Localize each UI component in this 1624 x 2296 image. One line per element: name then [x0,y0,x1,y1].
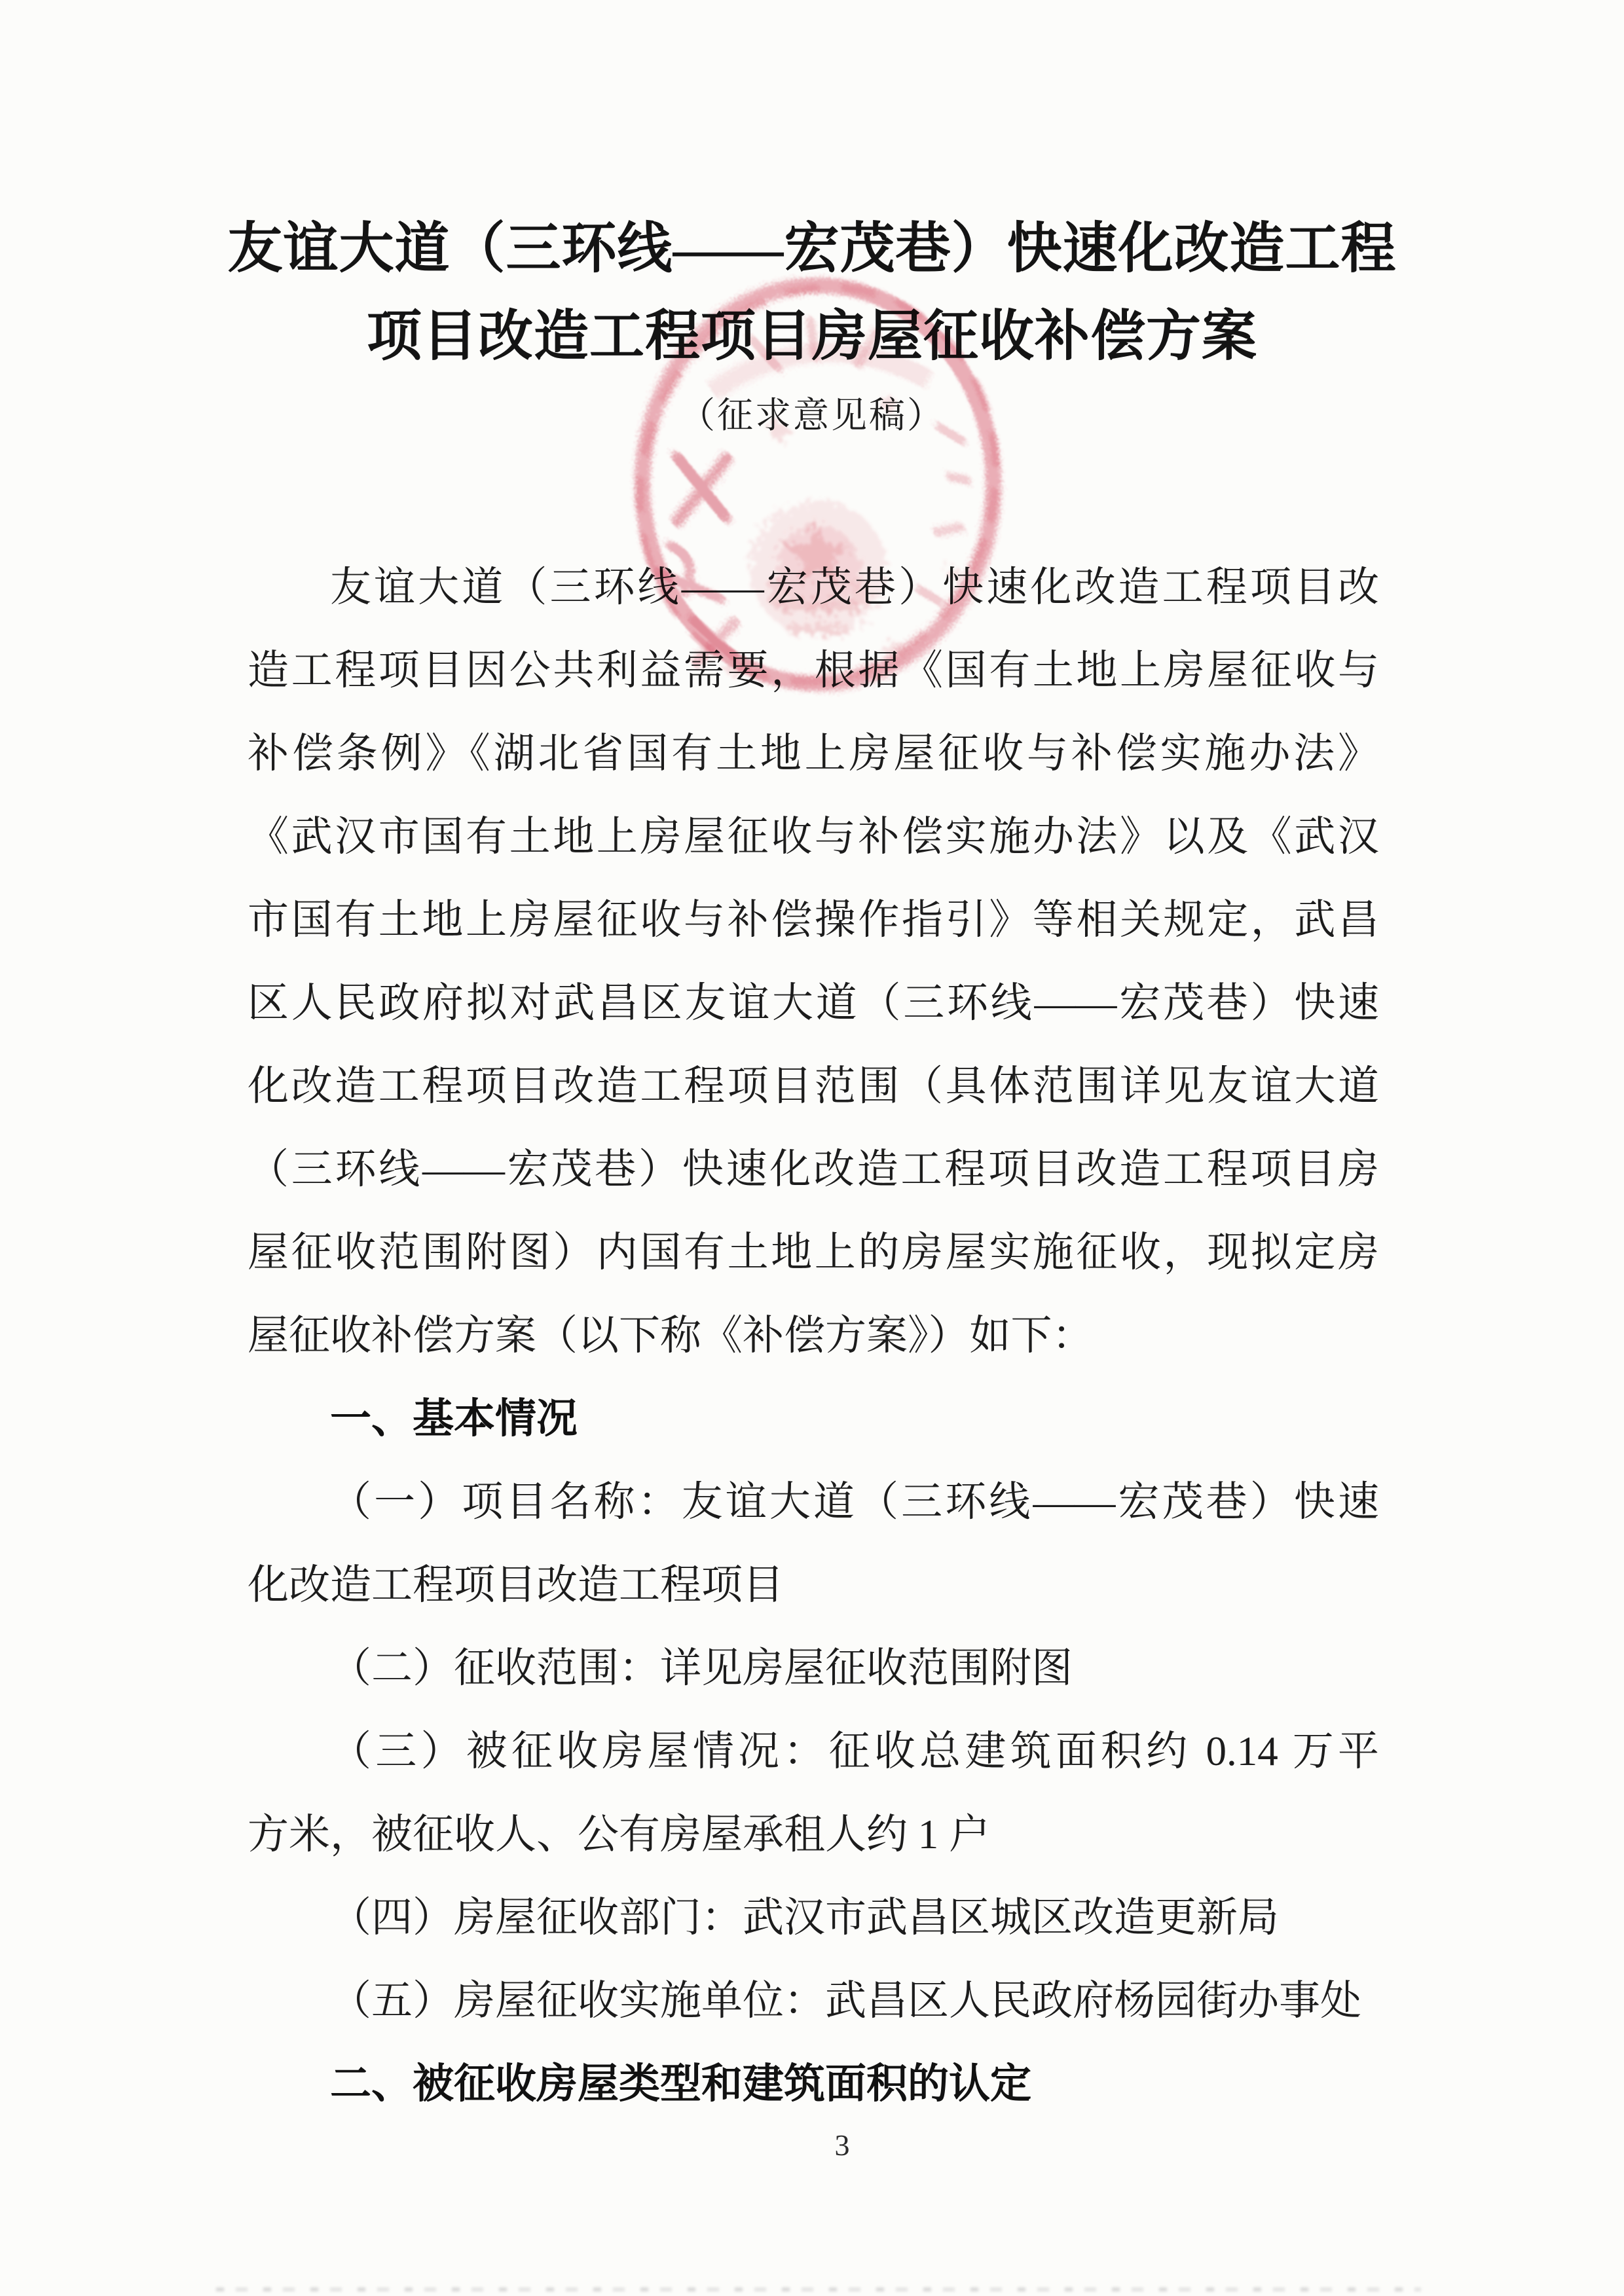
body-line: （三）被征收房屋情况：征收总建筑面积约 0.14 万平 [248,1710,1379,1793]
body-line: 造工程项目因公共利益需要，根据《国有土地上房屋征收与 [248,629,1379,712]
body-line: 一、基本情况 [248,1377,1379,1461]
body-line: 市国有土地上房屋征收与补偿操作指引》等相关规定，武昌 [248,879,1379,962]
body-line: 屋征收补偿方案（以下称《补偿方案》）如下： [248,1294,1379,1377]
body-line: 化改造工程项目改造工程项目范围（具体范围详见友谊大道 [248,1045,1379,1128]
page-number: 3 [30,2128,1624,2162]
body-line: 化改造工程项目改造工程项目 [248,1544,1379,1627]
body-line: （三环线——宏茂巷）快速化改造工程项目改造工程项目房 [248,1128,1379,1211]
next-page-bleed-through [216,2287,1421,2291]
body-line: 屋征收范围附图）内国有土地上的房屋实施征收，现拟定房 [248,1211,1379,1294]
body-line: 区人民政府拟对武昌区友谊大道（三环线——宏茂巷）快速 [248,962,1379,1045]
document-title-line-2: 项目改造工程项目房屋征收补偿方案 [0,292,1624,371]
body-line: （五）房屋征收实施单位：武昌区人民政府杨园街办事处 [248,1959,1379,2043]
document-title-line-1: 友谊大道（三环线——宏茂巷）快速化改造工程 [0,204,1624,283]
body-line: 补偿条例》《湖北省国有土地上房屋征收与补偿实施办法》 [248,712,1379,795]
document-body: 友谊大道（三环线——宏茂巷）快速化改造工程项目改造工程项目因公共利益需要，根据《… [248,546,1379,2126]
body-line: 方米，被征收人、公有房屋承租人约 1 户 [248,1793,1379,1876]
body-line: （一）项目名称：友谊大道（三环线——宏茂巷）快速 [248,1461,1379,1544]
body-line: 友谊大道（三环线——宏茂巷）快速化改造工程项目改 [248,546,1379,629]
body-line: （四）房屋征收部门：武汉市武昌区城区改造更新局 [248,1876,1379,1959]
body-line: 《武汉市国有土地上房屋征收与补偿实施办法》以及《武汉 [248,795,1379,879]
body-line: （二）征收范围：详见房屋征收范围附图 [248,1627,1379,1710]
document-subtitle: （征求意见稿） [0,386,1624,438]
document-page: 友谊大道（三环线——宏茂巷）快速化改造工程 项目改造工程项目房屋征收补偿方案 （… [0,0,1624,2296]
body-line: 二、被征收房屋类型和建筑面积的认定 [248,2043,1379,2126]
